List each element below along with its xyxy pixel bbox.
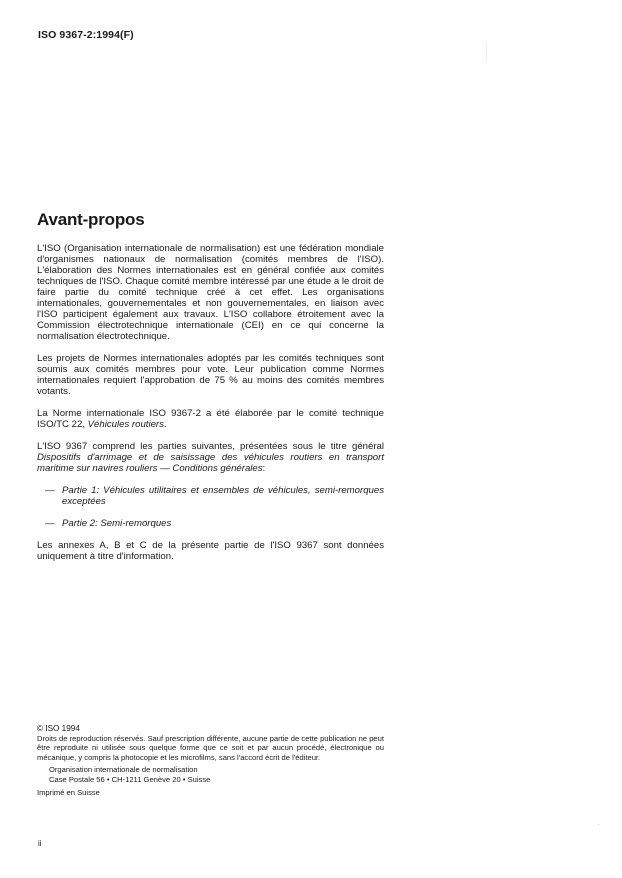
org-name: Organisation internationale de normalisa… (49, 765, 384, 775)
dash-bullet: — (45, 518, 55, 529)
committee-suffix: . (164, 419, 167, 430)
paragraph-annexes: Les annexes A, B et C de la présente par… (37, 540, 384, 562)
general-title: Dispositifs d'arrimage et de saisissage … (37, 452, 384, 474)
part-label: Partie 1: Véhicules utilitaires et ensem… (62, 485, 384, 507)
copyright-line: © ISO 1994 (37, 724, 384, 734)
rights-notice: Droits de reproduction réservés. Sauf pr… (37, 734, 384, 763)
committee-name: Véhicules routiers (88, 419, 164, 430)
scan-artifact (486, 42, 487, 62)
org-address: Case Postale 56 • CH-1211 Genève 20 • Su… (49, 775, 384, 785)
parts-list: —Partie 1: Véhicules utilitaires et ense… (37, 485, 384, 529)
foreword-body: L'ISO (Organisation internationale de no… (37, 243, 384, 562)
scan-artifact (598, 824, 599, 825)
parts-intro-text: L'ISO 9367 comprend les parties suivante… (37, 441, 384, 452)
part-label: Partie 2: Semi-remorques (62, 518, 171, 529)
parts-intro-suffix: : (263, 463, 266, 474)
list-item: —Partie 2: Semi-remorques (37, 518, 384, 529)
publisher-address: Organisation internationale de normalisa… (37, 765, 384, 784)
dash-bullet: — (45, 485, 55, 496)
printed-in: Imprimé en Suisse (37, 788, 384, 798)
document-id: ISO 9367-2:1994(F) (38, 29, 134, 41)
section-title: Avant-propos (37, 210, 144, 230)
paragraph-parts-intro: L'ISO 9367 comprend les parties suivante… (37, 441, 384, 474)
paragraph-committee: La Norme internationale ISO 9367-2 a été… (37, 408, 384, 430)
paragraph-voting: Les projets de Normes internationales ad… (37, 353, 384, 397)
list-item: —Partie 1: Véhicules utilitaires et ense… (37, 485, 384, 507)
copyright-block: © ISO 1994 Droits de reproduction réserv… (37, 724, 384, 797)
page-number: ii (38, 839, 42, 848)
paragraph-iso-intro: L'ISO (Organisation internationale de no… (37, 243, 384, 342)
